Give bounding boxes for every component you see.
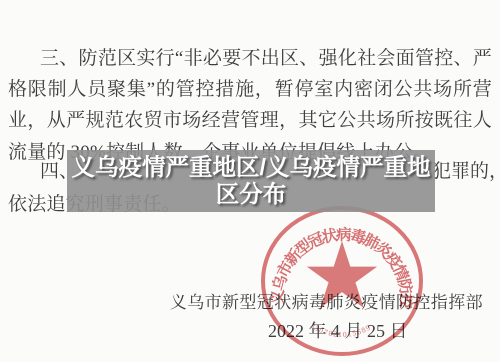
headline-overlay: 义乌疫情严重地区/义乌疫情严重地区分布 [67,150,435,212]
overlay-title: 义乌疫情严重地区/义乌疫情严重地区分布 [67,154,435,208]
seal-serial-number: 3307821015689 [309,321,372,339]
official-seal: 义乌市新型冠状病毒肺炎疫情防控指挥部 3307821015689 [250,196,434,362]
star-icon [307,241,377,308]
document-page: 三、防范区实行“非必要不出区、强化社会面管控、严格限制人员聚集”的管控措施，暂停… [0,0,500,362]
paragraph-four-visible-tail: 犯罪的， [432,156,500,183]
svg-text:3307821015689: 3307821015689 [309,321,372,339]
